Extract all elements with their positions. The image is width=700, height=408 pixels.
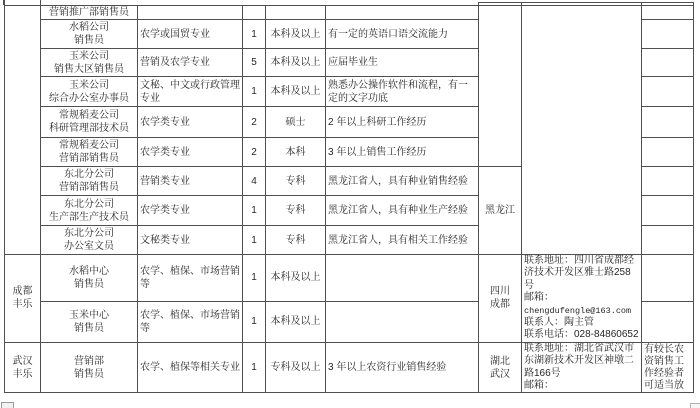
notes-cell	[642, 301, 694, 342]
quantity-cell	[243, 6, 266, 20]
requirements-cell	[326, 301, 479, 342]
education-cell: 本科	[266, 138, 326, 167]
quantity-cell: 1	[243, 20, 266, 49]
quantity-cell: 1	[243, 226, 266, 255]
position-cell: 常规稻麦公司 科研管理部技术员	[41, 107, 138, 138]
company-cell	[5, 6, 41, 255]
major-cell: 农学或国贸专业	[138, 20, 243, 49]
company-divider-stub	[40, 0, 41, 5]
quantity-cell: 5	[243, 49, 266, 77]
requirements-cell: 有一定的英语口语交流能力	[326, 20, 479, 49]
education-cell: 本科及以上	[266, 255, 326, 302]
major-cell	[138, 6, 243, 20]
contact-person: 联系人：陶主管	[524, 317, 639, 329]
company-cell: 成都 丰乐	[5, 255, 41, 343]
major-cell: 文秘类专业	[138, 226, 243, 255]
education-cell: 本科及以上	[266, 77, 326, 107]
location-border-stub	[478, 2, 479, 6]
major-cell: 农学、植保等相关专业	[138, 342, 243, 393]
contact-cell: 联系地址：湖北省武汉市东湖新技术开发区神墩二路166号 邮箱：	[522, 342, 642, 393]
notes-cell	[642, 226, 694, 255]
education-cell: 硕士	[266, 107, 326, 138]
education-cell	[266, 6, 326, 20]
major-cell: 农学类专业	[138, 138, 243, 167]
quantity-cell: 2	[243, 138, 266, 167]
recruitment-table: 营销推广部销售员 水稻公司 销售员 农学或国贸专业 1 本科及以上 有一定的英语…	[4, 5, 694, 393]
requirements-cell	[326, 6, 479, 20]
education-cell: 本科及以上	[266, 49, 326, 77]
company-cell: 武汉 丰乐	[5, 342, 41, 393]
table-row: 营销推广部销售员	[5, 6, 694, 20]
requirements-cell: 3 年以上销售工作经历	[326, 138, 479, 167]
requirements-cell: 应届毕业生	[326, 49, 479, 77]
notes-cell	[642, 20, 694, 49]
position-cell: 玉米公司 销售大区销售员	[41, 49, 138, 77]
quantity-cell: 1	[243, 255, 266, 302]
notes-cell	[642, 49, 694, 77]
contact-email: chengdufengle@163.com	[524, 305, 639, 317]
major-cell: 文秘、中文或行政管理专业	[138, 77, 243, 107]
right-border-stub	[693, 2, 694, 6]
notes-cell	[642, 6, 694, 20]
education-cell: 本科及以上	[266, 301, 326, 342]
quantity-cell: 1	[243, 342, 266, 393]
major-cell: 营销及农学专业	[138, 49, 243, 77]
notes-cell	[642, 107, 694, 138]
notes-cell: 有较长农资销售工作经验者可适当放	[642, 342, 694, 393]
notes-cell	[642, 167, 694, 196]
position-cell: 常规稻麦公司 营销部销售员	[41, 138, 138, 167]
right-section-top-border	[478, 2, 694, 3]
ui-artifact-bottom-left	[1, 402, 14, 408]
quantity-cell: 1	[243, 77, 266, 107]
contact-cell: 联系地址：四川省成都经济技术开发区雅士路258号 邮箱： chengdufeng…	[522, 255, 642, 343]
requirements-cell: 黑龙江省人，具有种业生产经验	[326, 196, 479, 226]
location-cell	[479, 6, 522, 167]
position-cell: 东北分公司 办公室文员	[41, 226, 138, 255]
position-cell: 水稻公司 销售员	[41, 20, 138, 49]
quantity-cell: 4	[243, 167, 266, 196]
table-left-border-stub	[3, 0, 5, 5]
major-cell: 农学、植保、市场营销等	[138, 255, 243, 302]
requirements-cell: 2 年以上科研工作经历	[326, 107, 479, 138]
location-cell: 湖北 武汉	[479, 342, 522, 393]
contact-phone: 联系电话：028-84860652	[524, 329, 639, 341]
major-cell: 营销类专业	[138, 167, 243, 196]
major-cell: 农学类专业	[138, 107, 243, 138]
contact-address: 联系地址：四川省成都经济技术开发区雅士路258号	[524, 255, 639, 292]
position-cell: 水稻中心 销售员	[41, 255, 138, 302]
contact-address: 联系地址：湖北省武汉市东湖新技术开发区神墩二路166号	[524, 343, 639, 380]
education-cell: 专科	[266, 196, 326, 226]
notes-cell	[642, 138, 694, 167]
requirements-cell: 3 年以上农资行业销售经验	[326, 342, 479, 393]
position-cell: 东北分公司 生产部生产技术员	[41, 196, 138, 226]
position-cell: 营销部 销售员	[41, 342, 138, 393]
position-cell: 玉米公司 综合办公室办事员	[41, 77, 138, 107]
position-cell: 玉米中心 销售员	[41, 301, 138, 342]
contact-email-label: 邮箱：	[524, 380, 639, 392]
table-row: 武汉 丰乐 营销部 销售员 农学、植保等相关专业 1 专科及以上 3 年以上农资…	[5, 342, 694, 393]
requirements-cell: 熟悉办公操作软件和流程，有一定的文字功底	[326, 77, 479, 107]
requirements-cell: 黑龙江省人，具有相关工作经验	[326, 226, 479, 255]
quantity-cell: 2	[243, 107, 266, 138]
notes-cell	[642, 255, 694, 302]
education-cell: 专科	[266, 167, 326, 196]
quantity-cell: 1	[243, 301, 266, 342]
contact-cell	[522, 6, 642, 255]
quantity-cell: 1	[243, 196, 266, 226]
notes-cell	[642, 77, 694, 107]
requirements-cell	[326, 255, 479, 302]
major-cell: 农学类专业	[138, 196, 243, 226]
location-cell: 黑龙江	[479, 167, 522, 255]
notes-cell	[642, 196, 694, 226]
position-cell: 东北分公司 营销部销售员	[41, 167, 138, 196]
notes-border-stub	[641, 2, 642, 6]
education-cell: 专科	[266, 226, 326, 255]
requirements-cell: 黑龙江省人，具有种业销售经验	[326, 167, 479, 196]
ui-artifact-bottom-right	[690, 403, 700, 408]
contact-email-label: 邮箱：	[524, 292, 639, 304]
page: 营销推广部销售员 水稻公司 销售员 农学或国贸专业 1 本科及以上 有一定的英语…	[0, 0, 700, 408]
major-cell: 农学、植保、市场营销等	[138, 301, 243, 342]
table-row: 成都 丰乐 水稻中心 销售员 农学、植保、市场营销等 1 本科及以上 四川 成都…	[5, 255, 694, 302]
education-cell: 本科及以上	[266, 20, 326, 49]
position-cell: 营销推广部销售员	[41, 6, 138, 20]
education-cell: 专科及以上	[266, 342, 326, 393]
location-cell: 四川 成都	[479, 255, 522, 343]
contact-border-stub	[521, 2, 522, 6]
